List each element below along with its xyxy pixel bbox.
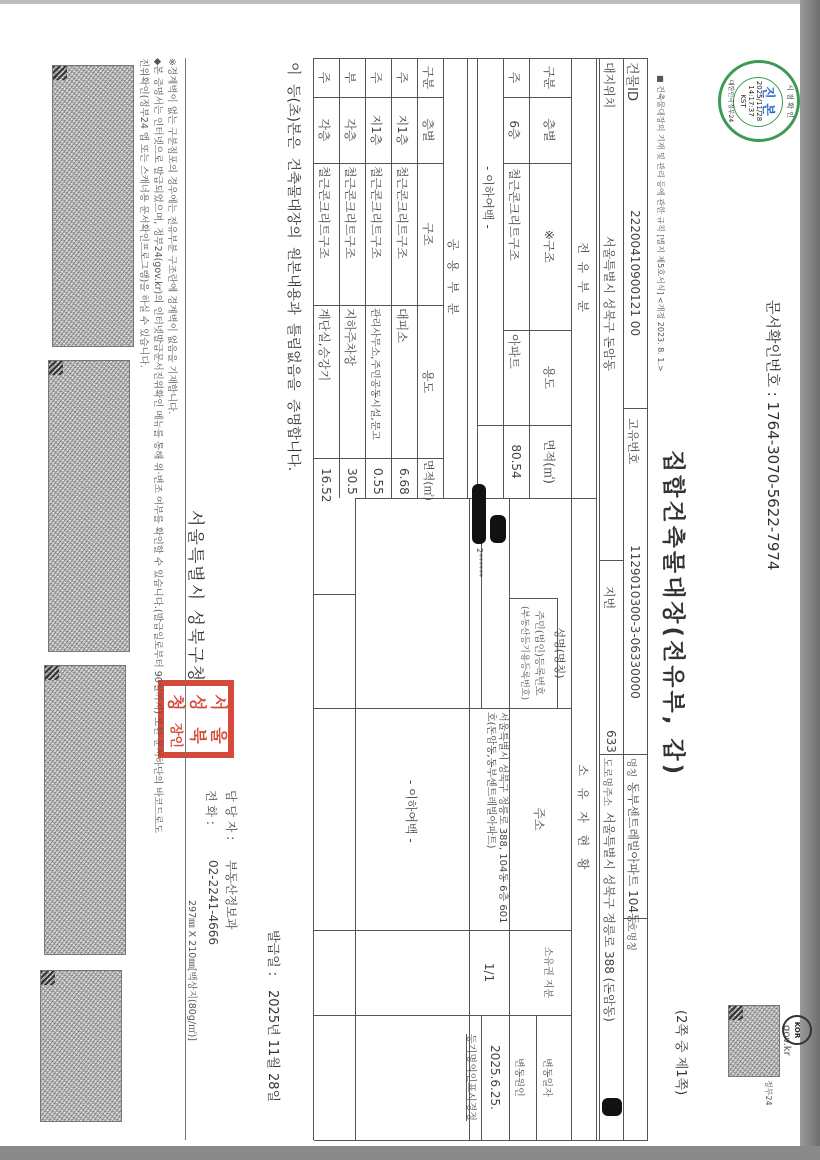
stamp-char: 북 xyxy=(185,719,206,752)
exclusive-row-floor: 6층 xyxy=(506,97,523,163)
footer-note-partition: ※경계벽이 없는 구분점포의 경우에는 전유부분 구조란에 경계벽이 없음을 기… xyxy=(166,58,180,414)
rule xyxy=(571,58,572,498)
rule xyxy=(443,58,444,498)
owner-header-change-date: 변동일자 xyxy=(541,1015,556,1140)
owner-header-address: 주소 xyxy=(531,708,548,930)
exclusive-section-title: 전 유 부 분 xyxy=(575,58,592,498)
official-seal-stamp: 서 울 성 북 청 장인 xyxy=(158,680,234,758)
rule xyxy=(365,58,366,498)
owner-share: 1/1 xyxy=(482,930,496,1015)
rule xyxy=(624,754,648,755)
exclusive-row-area: 80.54 xyxy=(509,425,523,498)
officer-department: 부동산정보과 xyxy=(223,860,240,930)
common-row-structure: 철근콘크리트구조 xyxy=(394,166,411,259)
rule xyxy=(356,930,470,931)
rule-double xyxy=(596,58,600,1140)
rule xyxy=(314,458,444,459)
owner-reg-no: 2****** xyxy=(475,548,484,577)
common-row-area: 0.55 xyxy=(371,468,385,495)
officer-label: 담 당 자 : xyxy=(223,790,240,840)
common-row-floor: 지1층 xyxy=(394,97,411,163)
road-address-value: 서울특별시 성북구 정릉로 388 (돈암동) xyxy=(601,812,618,1022)
common-row-structure: 철근콘크리트구조 xyxy=(342,166,359,259)
exclusive-row-use: 아파트 xyxy=(506,334,523,369)
building-id-label: 건물ID xyxy=(624,62,643,101)
rule xyxy=(504,330,572,331)
exclusive-header-use: 용도 xyxy=(541,330,558,425)
seal-timezone: KST xyxy=(739,63,747,139)
rule xyxy=(356,708,470,709)
qr-label: gov.kr xyxy=(781,1025,792,1056)
certification-statement: 이 등(초)본은 건축물대장의 원본내용과 틀림없음을 증명합니다. xyxy=(284,62,304,471)
exclusive-header-area: 면적(㎡) xyxy=(541,425,558,498)
rule xyxy=(647,58,648,1140)
common-row-use: 계단실,승강기 xyxy=(316,308,333,381)
document-barcode xyxy=(52,65,134,347)
rule xyxy=(536,1015,537,1140)
rule xyxy=(314,930,356,931)
common-row-type: 주 xyxy=(394,58,411,97)
rule xyxy=(624,408,648,409)
unique-no-label: 고유번호 xyxy=(625,418,642,464)
common-row-floor: 지1층 xyxy=(368,97,385,163)
page-indicator: (2쪽 중 제1쪽) xyxy=(673,1010,692,1095)
phone-label: 전 화 : xyxy=(203,790,220,825)
document-barcode xyxy=(40,970,122,1122)
issue-date: 2025년 11월 28일 xyxy=(265,990,284,1102)
exclusive-header-floor: 층별 xyxy=(541,97,558,163)
rule xyxy=(470,708,510,709)
stamp-char: 성 xyxy=(185,686,206,719)
rule xyxy=(529,58,530,498)
common-row-use: 지하주차장 xyxy=(342,308,359,366)
seal-time: 14:17:37 xyxy=(747,63,755,139)
common-row-use: 관리사무소,주민공동시설,문고 xyxy=(369,308,384,440)
exclusive-row-structure: 철근콘크리트구조 xyxy=(506,168,523,261)
unique-no-value: 1129010300-3-06330000 xyxy=(628,545,642,699)
road-address-label: 도로명주소 xyxy=(601,758,616,806)
seal-date: 2025/11/28 xyxy=(755,63,763,139)
stamp-char: 서 xyxy=(207,686,228,719)
common-row-structure: 철근콘크리트구조 xyxy=(316,166,333,259)
rule xyxy=(481,1015,482,1140)
owner-header-share: 소유권 지분 xyxy=(541,930,554,1015)
stamp-inner: 서 울 성 북 청 장인 xyxy=(164,686,228,752)
rule xyxy=(504,163,572,164)
owner-section-title: 소 유 자 현 황 xyxy=(575,498,592,1140)
document-barcode xyxy=(48,360,130,652)
unit-name-label: 호명칭 xyxy=(625,922,640,951)
common-header-floor: 층별 xyxy=(420,97,437,163)
owner-header-name: 성명(명칭) xyxy=(552,598,568,708)
common-header-structure: 구조 xyxy=(420,163,437,305)
common-header-area: 면적(㎡) xyxy=(421,460,437,501)
rule xyxy=(624,918,648,919)
common-row-type: 주 xyxy=(368,58,385,97)
owner-change-reason: 등기명의인표시경정 xyxy=(465,1015,480,1140)
common-row-structure: 철근콘크리트구조 xyxy=(368,166,385,259)
common-section-title: 공 용 부 분 xyxy=(445,58,462,498)
common-row-area: 30.5 xyxy=(345,468,359,495)
rule xyxy=(600,754,624,755)
rule xyxy=(314,594,356,595)
common-row-floor: 각층 xyxy=(316,97,333,163)
owner-blank-note: - 이하여백 - xyxy=(403,780,420,843)
rule xyxy=(477,58,478,498)
building-register-document: 문서확인번호 : 1764-3070-5622-7974 시 점 확 인 진 본… xyxy=(0,0,820,1160)
qr-code xyxy=(728,1005,780,1077)
owner-name-redaction xyxy=(490,515,506,543)
seal-top-text: 시 점 확 인 xyxy=(786,63,794,139)
rule xyxy=(417,58,418,498)
rule xyxy=(314,1140,648,1141)
common-row-area: 16.52 xyxy=(319,468,333,502)
exclusive-header-structure: ※구조 xyxy=(541,163,558,330)
verification-seal: 시 점 확 인 진 본 2025/11/28 14:17:37 KST 대한민국… xyxy=(718,60,800,142)
owner-header-change-reason: 변동원인 xyxy=(513,1015,528,1140)
document-barcode xyxy=(44,665,126,955)
common-row-type: 주 xyxy=(316,58,333,97)
issue-date-label: 발급일 : xyxy=(265,930,284,976)
owner-address: 서울특별시 성북구 정릉로 388, 104동 6층 601호(돈암동,동부센트… xyxy=(484,712,508,926)
common-header-use: 용도 xyxy=(420,305,437,458)
rule xyxy=(503,58,504,498)
site-location-value: 서울특별시 성북구 돈암동 xyxy=(601,236,618,371)
rule xyxy=(600,560,624,561)
name-value: 동부센트레빌아파트 104동 xyxy=(625,782,642,925)
regulation-note: ■ 건축물대장의 기재 및 관리 등에 관한 규칙 [별지 제5호서식] <개정… xyxy=(655,75,666,372)
seal-bottom-text: 대한민국정부24 xyxy=(726,63,734,139)
issuer-name: 서울특별시 성북구청장 xyxy=(185,510,210,702)
qr-sublabel: 정부24 xyxy=(763,1080,774,1106)
rule xyxy=(313,58,314,1140)
rule xyxy=(509,498,510,1140)
building-id-value: 22200410900121 00 xyxy=(628,210,642,336)
rule xyxy=(314,58,648,59)
footer-note-app: 진위확인(정부24 앱 또는 스캐너용 문서확인프로그램)을 하실 수 있습니다… xyxy=(138,58,152,368)
exclusive-blank-note: - 이하여백 - xyxy=(480,166,497,229)
rule xyxy=(571,498,572,1140)
document-title: 집합건축물대장(전유부, 갑) xyxy=(659,450,692,777)
exclusive-header-type: 구분 xyxy=(541,58,558,97)
paper-spec: 297㎜ X 210㎜[백상지(80g/㎡)] xyxy=(186,900,200,1041)
rule xyxy=(339,58,340,498)
redaction-mark xyxy=(602,1098,622,1116)
owner-reg-redaction xyxy=(472,484,486,544)
footer-note-verification: ◆본 증명서는 인터넷으로 발급되었으며, 정부24(gov.kr)의 인터넷발… xyxy=(152,58,166,833)
common-row-floor: 각층 xyxy=(342,97,359,163)
common-header-type: 구분 xyxy=(420,58,437,97)
common-row-type: 부 xyxy=(342,58,359,97)
site-location-label: 대지위치 xyxy=(601,62,618,108)
common-row-use: 대피소 xyxy=(394,308,411,343)
lot-no-label: 지번 xyxy=(601,586,618,609)
rule xyxy=(623,58,624,1140)
rule xyxy=(391,58,392,498)
rule xyxy=(356,1015,470,1016)
owner-change-date: 2025.6.25. xyxy=(488,1015,502,1140)
phone-number: 02-2241-4666 xyxy=(206,860,220,945)
document-confirm-number: 문서확인번호 : 1764-3070-5622-7974 xyxy=(763,300,784,570)
owner-header-reg-no-sub: (부동산등기용등록번호) xyxy=(519,598,532,708)
stamp-char: 청 xyxy=(164,686,185,719)
stamp-char: 장인 xyxy=(164,719,185,752)
common-row-area: 6.68 xyxy=(397,468,411,495)
rule xyxy=(314,708,356,709)
exclusive-row-type: 주 xyxy=(506,58,523,97)
rule xyxy=(314,1015,356,1016)
name-label: 명칭 xyxy=(625,758,640,777)
lot-no-value: 633 xyxy=(604,730,618,753)
owner-header-reg-no: 주민(법인)등록번호 xyxy=(533,598,548,708)
stamp-char: 울 xyxy=(207,719,228,752)
rule xyxy=(467,58,468,498)
